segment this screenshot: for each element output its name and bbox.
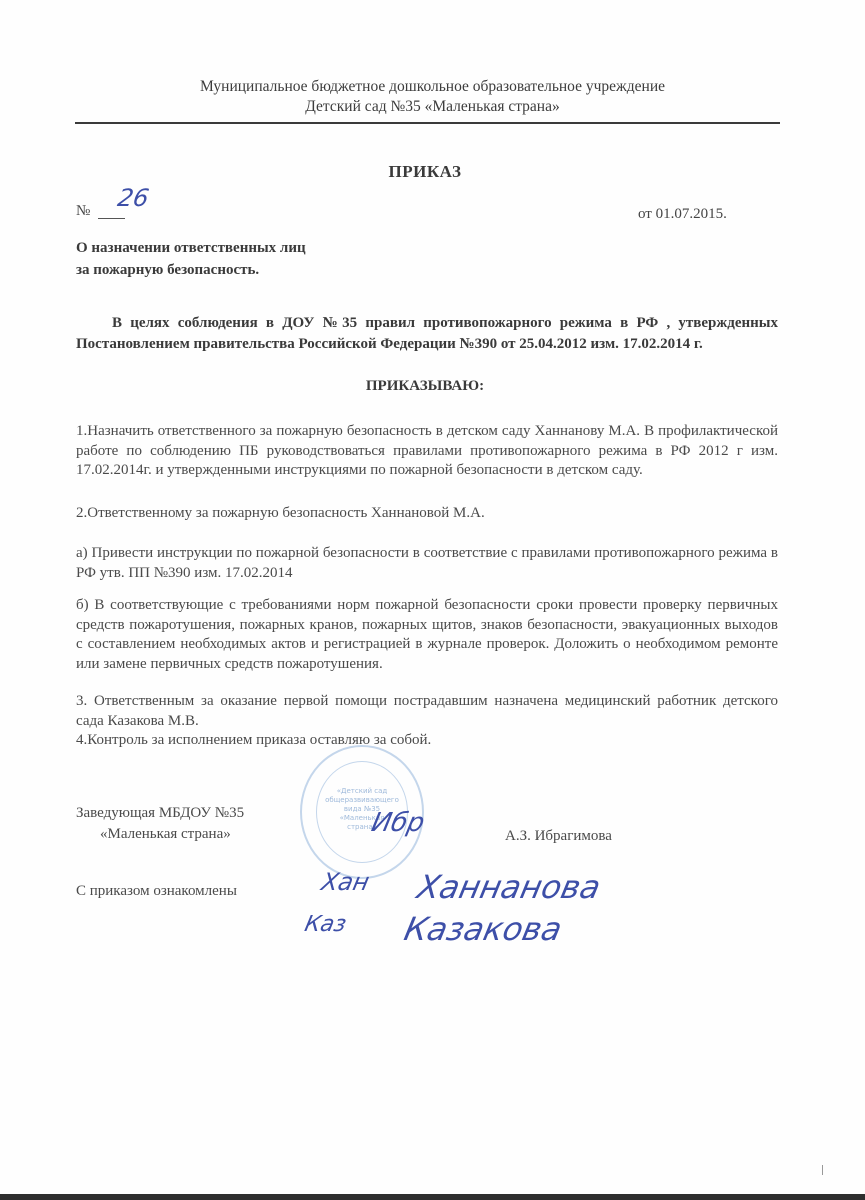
order-date: от 01.07.2015. bbox=[638, 206, 727, 223]
acquainted-signature-2: Каз bbox=[302, 912, 348, 937]
document-page: Муниципальное бюджетное дошкольное образ… bbox=[0, 0, 865, 1200]
director-signature: Ибр bbox=[369, 808, 427, 838]
org-name-line1: Муниципальное бюджетное дошкольное образ… bbox=[0, 78, 865, 96]
header-divider bbox=[75, 122, 780, 124]
acquainted-signature-1: Хан bbox=[319, 868, 372, 896]
order-word: ПРИКАЗЫВАЮ: bbox=[0, 378, 850, 395]
document-title: ПРИКАЗ bbox=[0, 162, 850, 182]
subject-line2: за пожарную безопасность. bbox=[76, 262, 259, 279]
order-number-label: № bbox=[76, 203, 90, 220]
signer-position-line1: Заведующая МБДОУ №35 bbox=[76, 805, 244, 822]
order-item-2: 2.Ответственному за пожарную безопасност… bbox=[76, 504, 778, 524]
scan-bottom-edge bbox=[0, 1194, 865, 1200]
order-item-1: 1.Назначить ответственного за пожарную б… bbox=[76, 422, 778, 481]
order-number-underline bbox=[98, 218, 125, 219]
signer-position-line2: «Маленькая страна» bbox=[100, 826, 231, 843]
order-item-3: 3. Ответственным за оказание первой помо… bbox=[76, 692, 778, 731]
preamble: В целях соблюдения в ДОУ №35 правил прот… bbox=[76, 313, 778, 355]
order-number-handwritten: 26 bbox=[116, 184, 151, 212]
order-item-4: 4.Контроль за исполнением приказа оставл… bbox=[76, 731, 778, 751]
scan-mark bbox=[822, 1165, 823, 1175]
order-item-2a: а) Привести инструкции по пожарной безоп… bbox=[76, 544, 778, 583]
subject-line1: О назначении ответственных лиц bbox=[76, 240, 306, 257]
org-name-line2: Детский сад №35 «Маленькая страна» bbox=[0, 98, 865, 116]
signer-name: А.З. Ибрагимова bbox=[505, 828, 612, 845]
acquainted-name-1: Ханнанова bbox=[414, 868, 604, 906]
acquainted-label: С приказом ознакомлены bbox=[76, 883, 237, 900]
order-item-2b: б) В соответствующие с требованиями норм… bbox=[76, 596, 778, 674]
acquainted-name-2: Казакова bbox=[401, 910, 565, 948]
